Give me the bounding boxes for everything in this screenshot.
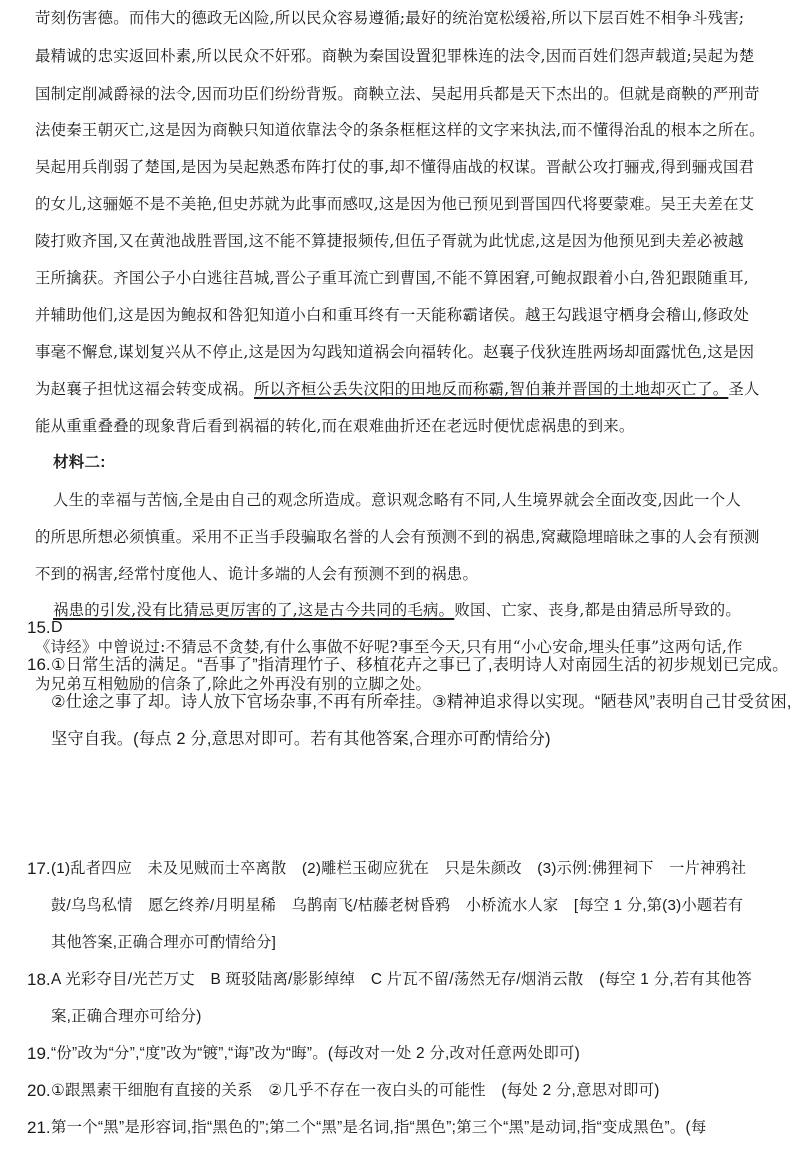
passage-line: 法使秦王朝灭亡,这是因为商鞅只知道依靠法令的条条框框这样的文字来执法,而不懂得治… [35, 120, 765, 140]
passage-line: 祸患的引发,没有比猜忌更厉害的了,这是古今共同的毛病。败国、亡家、丧身,都是由猜… [53, 600, 741, 620]
question-number: 15. [27, 618, 51, 638]
question-number: 18. [27, 970, 51, 990]
answer-line: 其他答案,正确合理亦可酌情给分] [51, 933, 276, 953]
passage-line: 能从重重叠叠的现象背后看到祸福的转化,而在艰难曲折还在老远时便忧虑祸患的到来。 [35, 416, 635, 436]
underlined-key-sentence: 祸患的引发,没有比猜忌更厉害的了,这是古今共同的毛病。 [53, 601, 454, 619]
answer-line: ①跟黑素干细胞有直接的关系 ②几乎不存在一夜白头的可能性 (每处 2 分,意思对… [51, 1081, 660, 1101]
answer-line: ②仕途之事了却。诗人放下官场杂事,不再有所牵挂。③精神追求得以实现。“陋巷风”表… [51, 692, 792, 712]
answer-line: “份”改为“分”,“度”改为“镀”,“诲”改为“晦”。(每改对一处 2 分,改对… [51, 1044, 580, 1064]
passage-line: 《诗经》中曾说过:不猜忌不贪婪,有什么事做不好呢?事至今天,只有用“小心安命,埋… [35, 637, 743, 657]
passage-line: 国制定削减爵禄的法令,因而功臣们纷纷背叛。商鞅立法、吴起用兵都是天下杰出的。但就… [35, 84, 760, 104]
answer-line: 坚守自我。(每点 2 分,意思对即可。若有其他答案,合理亦可酌情给分) [51, 729, 551, 749]
answer-text: D [51, 618, 63, 638]
passage-line: 不到的祸害,经常忖度他人、诡计多端的人会有预测不到的祸患。 [35, 564, 478, 584]
passage-line: 陵打败齐国,又在黄池战胜晋国,这不能不算捷报频传,但伍子胥就为此忧虑,这是因为他… [35, 231, 744, 251]
passage-text: 圣人 [728, 380, 759, 398]
passage-line: 的女儿,这骊姬不是不美艳,但史苏就为此事而感叹,这是因为他已预见到晋国四代将要蒙… [35, 194, 754, 214]
passage-line: 为兄弟互相勉励的信条了,除此之外再没有别的立脚之处。 [35, 674, 431, 694]
passage-line: 为赵襄子担忧这福会转变成祸。所以齐桓公丢失汶阳的田地反而称霸,智伯兼并晋国的土地… [35, 379, 760, 399]
passage-line: 苛刻伤害德。而伟大的德政无凶险,所以民众容易遵循;最好的统治宽松缓裕,所以下层百… [35, 8, 744, 28]
answer-key-page: 苛刻伤害德。而伟大的德政无凶险,所以民众容易遵循;最好的统治宽松缓裕,所以下层百… [0, 0, 800, 1163]
passage-line: 并辅助他们,这是因为鲍叔和咎犯知道小白和重耳终有一天能称霸诸侯。越王勾践退守栖身… [35, 305, 749, 325]
passage-text: 败国、亡家、丧身,都是由猜忌所导致的。 [454, 601, 741, 619]
answer-line: 第一个“黑”是形容词,指“黑色的”;第二个“黑”是名词,指“黑色”;第三个“黑”… [51, 1118, 707, 1138]
passage-line: 吴起用兵削弱了楚国,是因为吴起熟悉布阵打仗的事,却不懂得庙战的权谋。晋献公攻打骊… [35, 157, 754, 177]
question-number: 16. [27, 655, 51, 675]
passage-line: 王所擒获。齐国公子小白逃往莒城,晋公子重耳流亡到曹国,不能不算困窘,可鲍叔跟着小… [35, 268, 749, 288]
passage-line: 事毫不懈怠,谋划复兴从不停止,这是因为勾践知道祸会向福转化。赵襄子伐狄连胜两场却… [35, 342, 754, 362]
answer-line: ①日常生活的满足。“吾事了”指清理竹子、移植花卉之事已了,表明诗人对南园生活的初… [51, 655, 789, 675]
question-number: 21. [27, 1118, 51, 1138]
question-number: 20. [27, 1081, 51, 1101]
question-number: 17. [27, 859, 51, 879]
section-heading: 材料二: [53, 453, 106, 473]
underlined-key-sentence: 所以齐桓公丢失汶阳的田地反而称霸,智伯兼并晋国的土地却灭亡了。 [254, 380, 728, 398]
passage-line: 人生的幸福与苦恼,全是由自己的观念所造成。意识观念略有不同,人生境界就会全面改变… [53, 490, 741, 510]
answer-line: 鼓/乌鸟私情 愿乞终养/月明星稀 乌鹊南飞/枯藤老树昏鸦 小桥流水人家 [每空 … [51, 896, 743, 916]
passage-line: 最精诚的忠实返回朴素,所以民众不奸邪。商鞅为秦国设置犯罪株连的法令,因而百姓们怨… [35, 46, 755, 66]
answer-line: A 光彩夺目/光芒万丈 B 斑驳陆离/影影绰绰 C 片瓦不留/荡然无存/烟消云散… [51, 970, 752, 990]
question-number: 19. [27, 1044, 51, 1064]
answer-line: 案,正确合理亦可给分) [51, 1007, 202, 1027]
answer-line: (1)乱者四应 未及见贼而士卒离散 (2)雕栏玉砌应犹在 只是朱颜改 (3)示例… [51, 859, 746, 879]
passage-text: 为赵襄子担忧这福会转变成祸。 [35, 380, 254, 398]
passage-line: 的所思所想必须慎重。采用不正当手段骗取名誉的人会有预测不到的祸患,窝藏隐埋暗昧之… [35, 527, 760, 547]
